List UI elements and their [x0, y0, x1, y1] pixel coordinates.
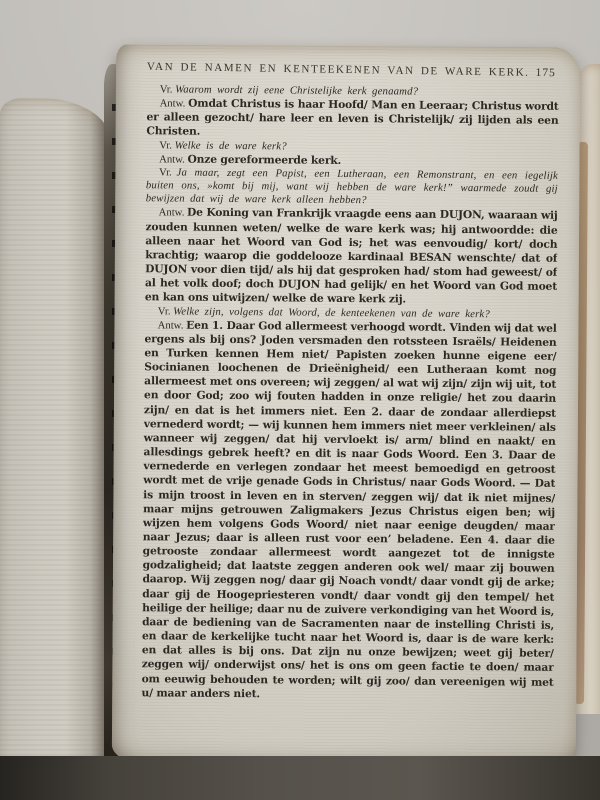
- running-title: VAN DE NAMEN EN KENTEEKENEN VAN DE WARE …: [147, 61, 530, 79]
- paragraph: Antw. Een 1. Daar God allermeest verhoog…: [141, 318, 556, 704]
- paragraph-label: Antw.: [158, 319, 187, 331]
- paragraph-text: Omdat Christus is haar Hoofd/ Man en Lee…: [146, 97, 558, 138]
- paragraph-text: De Koning van Frankrijk vraagde eens aan…: [145, 206, 558, 306]
- paragraph-text: Welke is de ware kerk?: [175, 139, 287, 152]
- paragraph-label: Vr.: [158, 305, 173, 317]
- paragraph: Antw. Omdat Christus is haar Hoofd/ Man …: [146, 96, 558, 142]
- paragraph-label: Vr.: [160, 83, 175, 95]
- running-header: VAN DE NAMEN EN KENTEEKENEN VAN DE WARE …: [147, 61, 559, 79]
- paragraph: Vr. Ja maar, zegt een Papist, een Luther…: [146, 166, 558, 209]
- book-page: VAN DE NAMEN EN KENTEEKENEN VAN DE WARE …: [112, 45, 580, 766]
- paragraph-label: Vr.: [159, 166, 177, 178]
- paragraph-label: Antw.: [159, 153, 188, 165]
- body-text: Vr. Waarom wordt zij eene Christelijke k…: [141, 83, 558, 703]
- page-content: VAN DE NAMEN EN KENTEEKENEN VAN DE WARE …: [141, 56, 559, 750]
- paragraph-label: Antw.: [160, 98, 189, 110]
- left-page-edge: [0, 98, 110, 776]
- paragraph-text: Waarom wordt zij eene Christelijke kerk …: [175, 83, 418, 97]
- paragraph-text: Ja maar, zegt een Papist, een Lutheraan,…: [146, 166, 558, 206]
- table-shadow: [0, 756, 600, 800]
- photo-scene: VAN DE NAMEN EN KENTEEKENEN VAN DE WARE …: [0, 0, 600, 800]
- paragraph-text: Onze gereformeerde kerk.: [187, 152, 341, 166]
- paragraph-label: Antw.: [159, 207, 188, 219]
- paragraph-text: Welke zijn, volgens dat Woord, de kentee…: [173, 305, 490, 320]
- paragraph-text: Een 1. Daar God allermeest verhoogd word…: [141, 318, 556, 700]
- paragraph-label: Vr.: [159, 139, 174, 151]
- page-number: 175: [535, 67, 559, 79]
- paragraph: Antw. De Koning van Frankrijk vraagde ee…: [145, 206, 558, 309]
